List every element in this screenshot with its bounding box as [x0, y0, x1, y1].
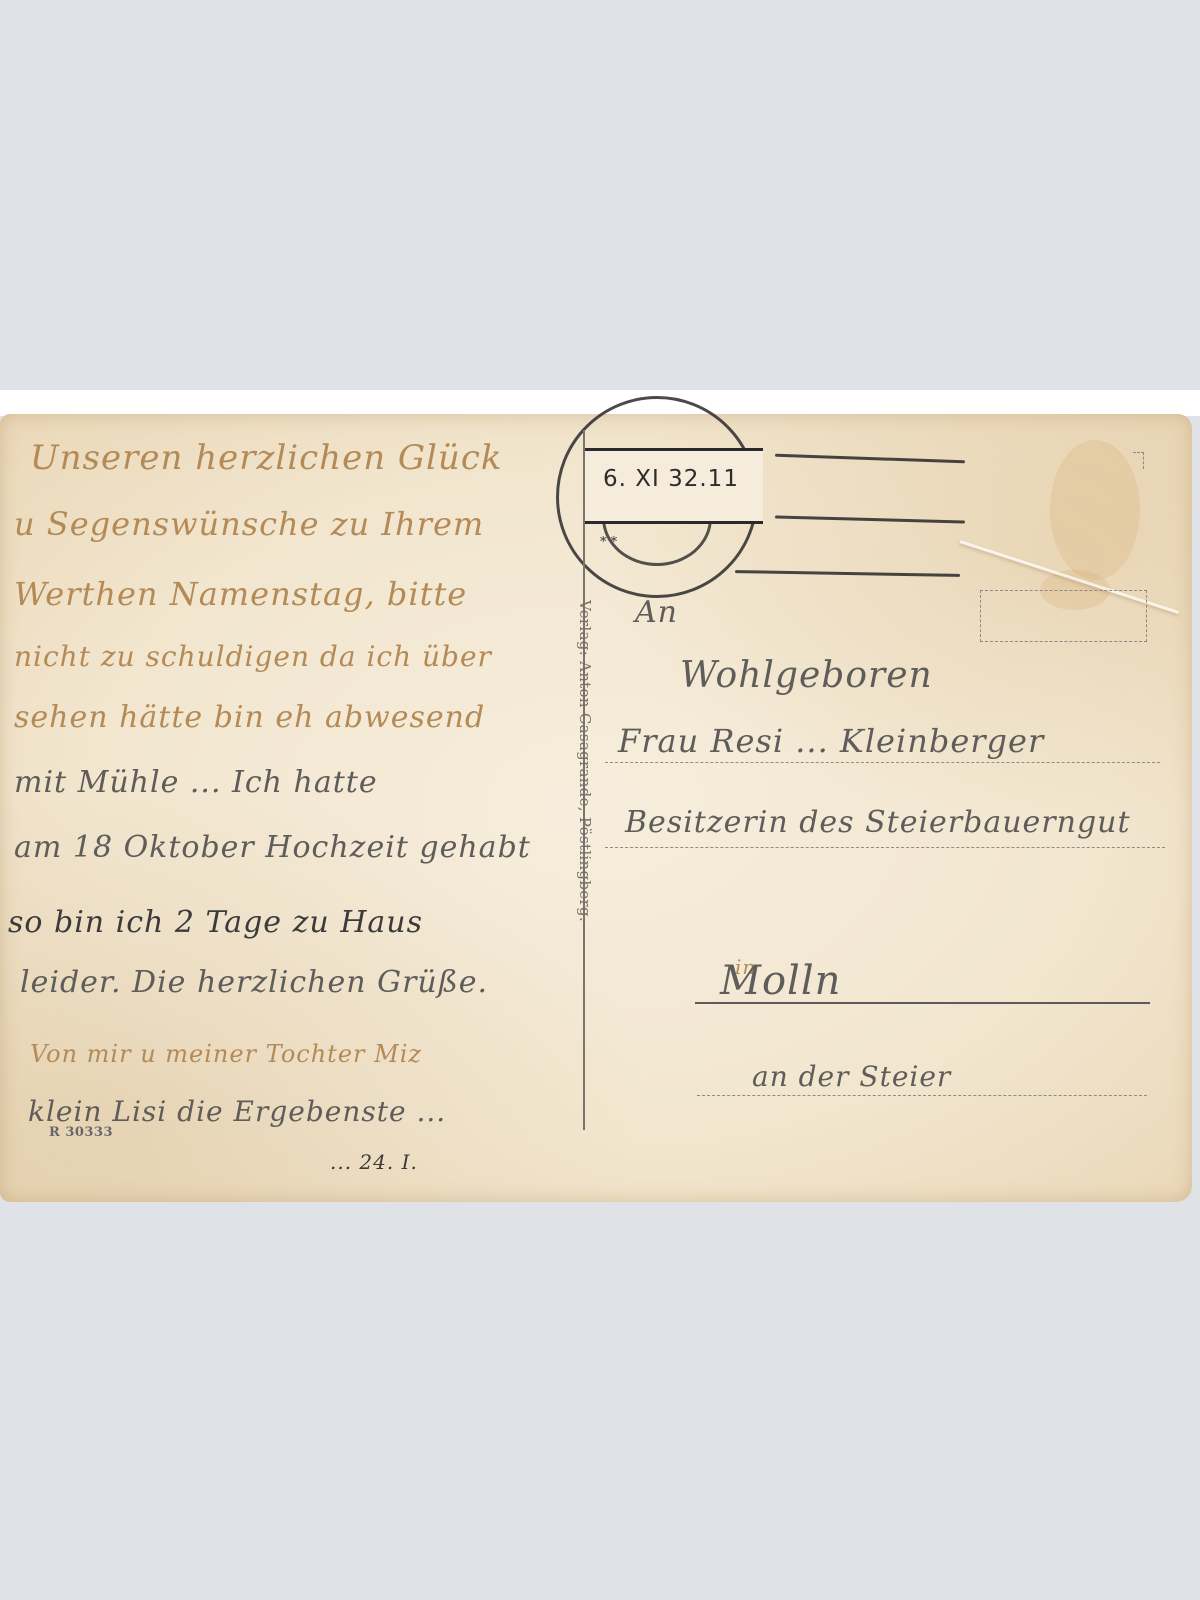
- publisher-imprint: Verlag: Anton Casagrande, Pöstlingberg.: [572, 600, 594, 990]
- message-line: sehen hätte bin eh abwesend: [14, 700, 485, 735]
- address-rule-solid: [695, 1002, 1150, 1004]
- message-line: Unseren herzlichen Glück: [30, 438, 502, 478]
- stamp-area-corner: [1133, 452, 1144, 469]
- message-line: so bin ich 2 Tage zu Haus: [8, 905, 423, 940]
- postmark-stars: * *: [600, 535, 720, 550]
- address-rule: [605, 847, 1165, 848]
- message-line: mit Mühle ... Ich hatte: [14, 765, 378, 800]
- message-line: am 18 Oktober Hochzeit gehabt: [14, 830, 531, 865]
- address-line: Frau Resi ... Kleinberger: [618, 722, 1044, 760]
- message-line: leider. Die herzlichen Grüße.: [20, 965, 488, 1000]
- address-rule: [697, 1095, 1147, 1096]
- address-line: an der Steier: [752, 1060, 951, 1093]
- address-line: Molln: [720, 958, 841, 1004]
- postmark-date: 6. XI 32.11: [603, 466, 739, 492]
- address-line: An: [635, 595, 678, 630]
- message-line: klein Lisi die Ergebenste ...: [28, 1095, 446, 1128]
- message-line: Von mir u meiner Tochter Miz: [30, 1040, 422, 1068]
- message-line: ... 24. I.: [330, 1150, 418, 1174]
- address-rule: [605, 762, 1160, 763]
- message-line: Werthen Namenstag, bitte: [14, 575, 467, 613]
- message-line: nicht zu schuldigen da ich über: [14, 640, 492, 673]
- address-line: Besitzerin des Steierbauerngut: [625, 805, 1131, 840]
- address-line: Wohlgeboren: [680, 655, 933, 696]
- message-line: u Segenswünsche zu Ihrem: [14, 505, 484, 543]
- stamp-area-box: [980, 590, 1147, 642]
- paper-stain: [1050, 440, 1140, 580]
